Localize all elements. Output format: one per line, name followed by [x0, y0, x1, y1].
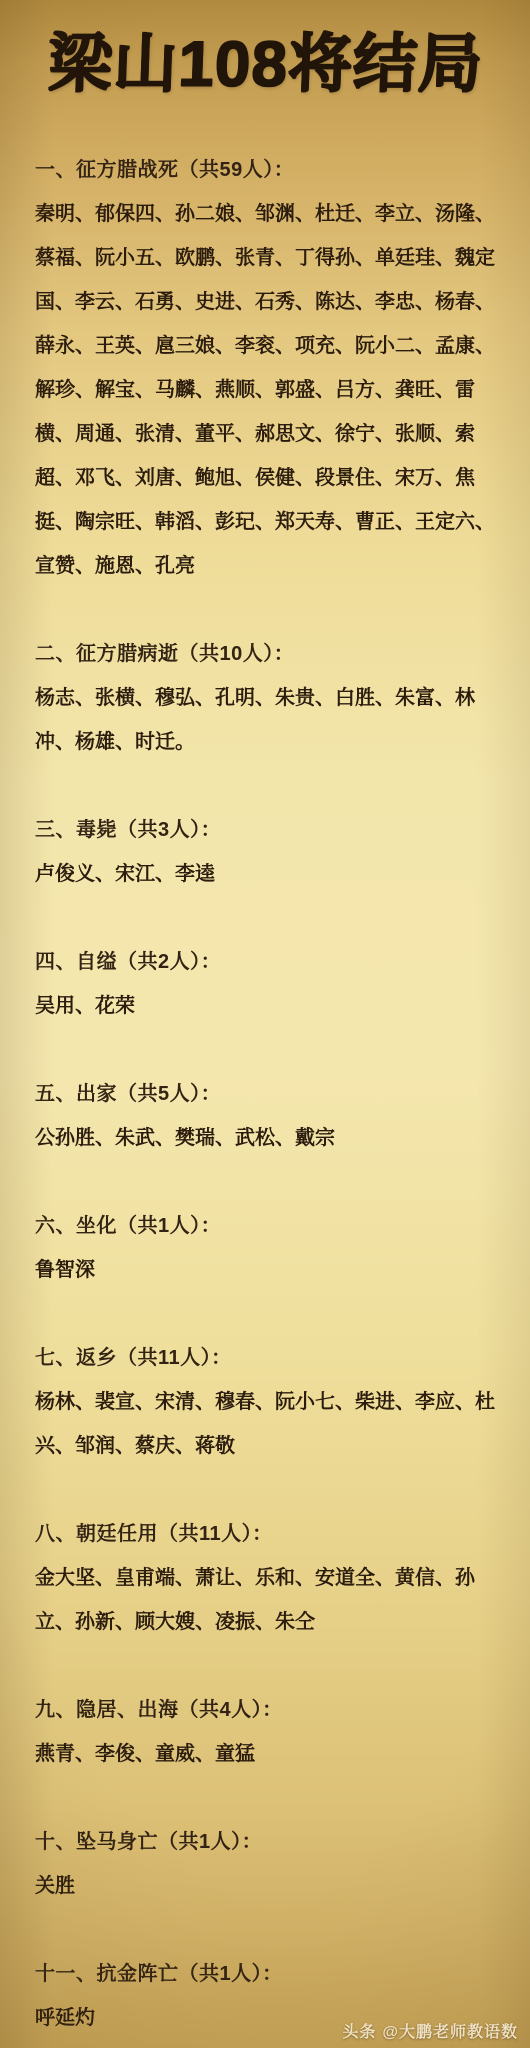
section-heading: 六、坐化（共1人）：: [35, 1204, 495, 1248]
watermark: 头条@大鹏老师教语数: [342, 2019, 518, 2042]
section-heading: 十、坠马身亡（共1人）：: [35, 1820, 495, 1864]
section-heading: 八、朝廷任用（共11人）：: [35, 1512, 495, 1556]
section-poisoned: 三、毒毙（共3人）： 卢俊义、宋江、李逵: [35, 808, 495, 896]
watermark-platform-label: 头条: [342, 2024, 376, 2041]
section-name-list: 金大坚、皇甫端、萧让、乐和、安道全、黄信、孙立、孙新、顾大嫂、凌振、朱仝: [35, 1556, 495, 1644]
section-name-list: 杨志、张横、穆弘、孔明、朱贵、白胜、朱富、林冲、杨雄、时迁。: [35, 676, 495, 764]
section-became-monks: 五、出家（共5人）： 公孙胜、朱武、樊瑞、武松、戴宗: [35, 1072, 495, 1160]
section-died-of-illness-fangla: 二、征方腊病逝（共10人）： 杨志、张横、穆弘、孔明、朱贵、白胜、朱富、林冲、杨…: [35, 632, 495, 764]
section-heading: 七、返乡（共11人）：: [35, 1336, 495, 1380]
section-heading: 二、征方腊病逝（共10人）：: [35, 632, 495, 676]
section-died-in-battle-fangla: 一、征方腊战死（共59人）： 秦明、郁保四、孙二娘、邹渊、杜迁、李立、汤隆、蔡福…: [35, 148, 495, 588]
section-passed-in-meditation: 六、坐化（共1人）： 鲁智深: [35, 1204, 495, 1292]
document-photo-page: { "title": "梁山108将结局", "colors": { "pape…: [0, 0, 530, 2048]
section-name-list: 公孙胜、朱武、樊瑞、武松、戴宗: [35, 1116, 495, 1160]
section-heading: 九、隐居、出海（共4人）：: [35, 1688, 495, 1732]
section-name-list: 关胜: [35, 1864, 495, 1908]
section-heading: 五、出家（共5人）：: [35, 1072, 495, 1116]
section-name-list: 卢俊义、宋江、李逵: [35, 852, 495, 896]
document-content: 梁山108将结局 一、征方腊战死（共59人）： 秦明、郁保四、孙二娘、邹渊、杜迁…: [0, 22, 530, 2040]
section-fell-from-horse: 十、坠马身亡（共1人）： 关胜: [35, 1820, 495, 1908]
section-court-appointed: 八、朝廷任用（共11人）： 金大坚、皇甫端、萧让、乐和、安道全、黄信、孙立、孙新…: [35, 1512, 495, 1644]
section-heading: 四、自缢（共2人）：: [35, 940, 495, 984]
section-heading: 一、征方腊战死（共59人）：: [35, 148, 495, 192]
section-name-list: 鲁智深: [35, 1248, 495, 1292]
section-suicide-by-hanging: 四、自缢（共2人）： 吴用、花荣: [35, 940, 495, 1028]
section-name-list: 燕青、李俊、童威、童猛: [35, 1732, 495, 1776]
page-title: 梁山108将结局: [34, 22, 497, 104]
section-name-list: 吴用、花荣: [35, 984, 495, 1028]
watermark-account-handle: @大鹏老师教语数: [382, 2024, 518, 2041]
section-returned-home: 七、返乡（共11人）： 杨林、裴宣、宋清、穆春、阮小七、柴进、李应、杜兴、邹润、…: [35, 1336, 495, 1468]
section-name-list: 秦明、郁保四、孙二娘、邹渊、杜迁、李立、汤隆、蔡福、阮小五、欧鹏、张青、丁得孙、…: [35, 192, 495, 588]
section-name-list: 杨林、裴宣、宋清、穆春、阮小七、柴进、李应、杜兴、邹润、蔡庆、蒋敬: [35, 1380, 495, 1468]
section-heading: 十一、抗金阵亡（共1人）：: [35, 1952, 495, 1996]
section-heading: 三、毒毙（共3人）：: [35, 808, 495, 852]
section-seclusion-or-overseas: 九、隐居、出海（共4人）： 燕青、李俊、童威、童猛: [35, 1688, 495, 1776]
